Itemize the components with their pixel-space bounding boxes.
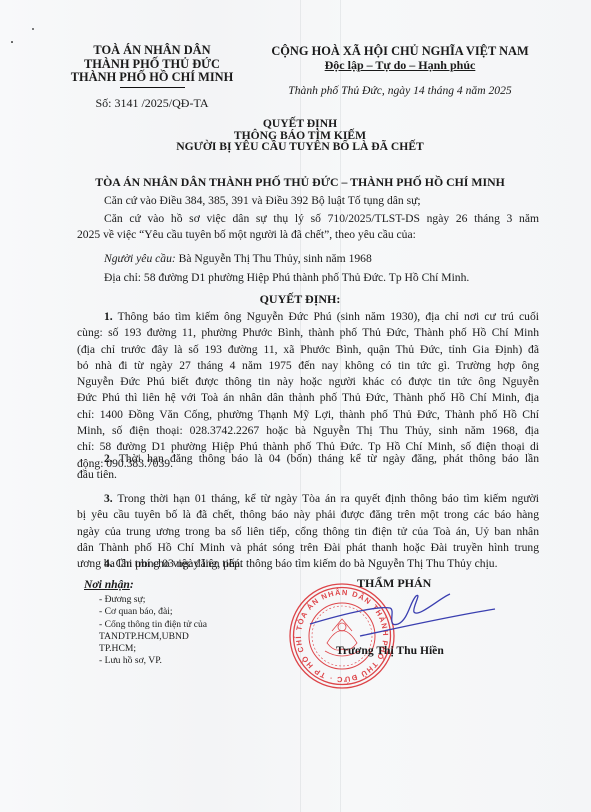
recipient-item: - Lưu hồ sơ, VP.	[99, 655, 219, 667]
issuer-line: THÀNH PHỐ HỒ CHÍ MINH	[62, 71, 242, 85]
recipients-list: - Đương sự; - Cơ quan báo, đài; - Cổng t…	[99, 594, 219, 668]
decision-item-2: 2. Thời hạn đăng thông báo là 04 (bốn) t…	[77, 451, 539, 484]
decision-item-4: 4. Chi phí cho việc đăng, phát thông báo…	[104, 557, 498, 570]
title-line: QUYẾT ĐỊNH	[0, 118, 591, 130]
item-number: 2.	[104, 452, 113, 465]
decision-item-1: 1. Thông báo tìm kiếm ông Nguyễn Đức Phú…	[77, 309, 539, 472]
item-number: 1.	[104, 310, 113, 323]
requester-address: Địa chỉ: 58 đường D1 phường Hiệp Phú thà…	[104, 271, 469, 284]
text-line: Đức Phú thì liên hệ với Toà án nhân dân …	[77, 390, 539, 406]
issuer-line: THÀNH PHỐ THỦ ĐỨC	[62, 58, 242, 72]
signature-icon	[300, 588, 500, 648]
place-and-date: Thành phố Thủ Đức, ngày 14 tháng 4 năm 2…	[250, 84, 550, 97]
recipient-item: TP.HCM;	[99, 643, 219, 655]
text-line: cùng: số 193 đường 11, phường Phước Bình…	[77, 325, 539, 341]
text-line: bỏ nhà đi từ ngày 27 tháng 4 năm 1975 đế…	[77, 358, 539, 374]
requester-value: Bà Nguyễn Thị Thu Thủy, sinh năm 1968	[176, 252, 372, 265]
text-line: (địa chỉ trước đây là số 193 đường 11, x…	[77, 342, 539, 358]
item-number: 3.	[104, 492, 113, 505]
recipient-item: TANDTP.HCM,UBND	[99, 631, 219, 643]
scan-speck	[11, 41, 13, 43]
legal-basis-1: Căn cứ vào Điều 384, 385, 391 và Điều 39…	[104, 194, 421, 207]
decision-heading: QUYẾT ĐỊNH:	[0, 292, 591, 307]
text-line: ngày của trung ương trong ba số liên tiế…	[77, 524, 539, 540]
national-header: CỘNG HOÀ XÃ HỘI CHỦ NGHĨA VIỆT NAM Độc l…	[250, 44, 550, 72]
title-line: NGƯỜI BỊ YÊU CẦU TUYÊN BỐ LÀ ĐÃ CHẾT	[0, 141, 591, 153]
requester-label: Người yêu cầu:	[104, 252, 176, 265]
requester: Người yêu cầu: Bà Nguyễn Thị Thu Thủy, s…	[104, 252, 372, 265]
national-motto: Độc lập – Tự do – Hạnh phúc	[250, 58, 550, 72]
header-divider	[120, 87, 185, 88]
text-line: Minh, số điện thoại: 028.3742.2267 hoặc …	[77, 423, 539, 439]
recipient-item: - Đương sự;	[99, 594, 219, 606]
document-title: QUYẾT ĐỊNH THÔNG BÁO TÌM KIẾM NGƯỜI BỊ Y…	[0, 118, 591, 153]
document-page: TOÀ ÁN NHÂN DÂN THÀNH PHỐ THỦ ĐỨC THÀNH …	[0, 0, 591, 812]
recipients-label: Nơi nhận:	[84, 578, 134, 591]
text-line: 2025 về việc “Yêu cầu tuyên bố một người…	[77, 227, 539, 243]
legal-basis-2: Căn cứ vào hồ sơ việc dân sự thụ lý số 7…	[77, 211, 539, 244]
text-line: 2. Thời hạn đăng thông báo là 04 (bốn) t…	[77, 451, 539, 467]
issuing-authority: TOÀ ÁN NHÂN DÂN THÀNH PHỐ THỦ ĐỨC THÀNH …	[62, 44, 242, 88]
issuer-line: TOÀ ÁN NHÂN DÂN	[62, 44, 242, 58]
nation-title: CỘNG HOÀ XÃ HỘI CHỦ NGHĨA VIỆT NAM	[250, 44, 550, 58]
text-line: chỉ: 1400 Đồng Văn Cống, phường Thạnh Mỹ…	[77, 407, 539, 423]
court-name: TÒA ÁN NHÂN DÂN THÀNH PHỐ THỦ ĐỨC – THÀN…	[0, 175, 591, 190]
recipient-item: - Cơ quan báo, đài;	[99, 606, 219, 618]
recipient-item: - Cổng thông tin điện tử của	[99, 619, 219, 631]
document-number: Số: 3141 /2025/QĐ-TA	[62, 96, 242, 111]
judge-name: Trương Thị Thu Hiền	[336, 644, 444, 657]
text-line: đầu tiên.	[77, 467, 539, 483]
text-line: Căn cứ vào hồ sơ việc dân sự thụ lý số 7…	[77, 211, 539, 227]
text-line: bị yêu cầu tuyên bố là đã chết, thông bá…	[77, 507, 539, 523]
item-number: 4.	[104, 557, 113, 570]
scan-speck	[32, 28, 34, 30]
text-line: 1. Thông báo tìm kiếm ông Nguyễn Đức Phú…	[77, 309, 539, 325]
text-line: 3. Trong thời hạn 01 tháng, kể từ ngày T…	[77, 491, 539, 507]
text-line: dân Thành phố Hồ Chí Minh và phát sóng t…	[77, 540, 539, 556]
text-line: Nguyễn Đức Phú biết được thông tin này h…	[77, 374, 539, 390]
judge-title: THẨM PHÁN	[357, 576, 431, 591]
